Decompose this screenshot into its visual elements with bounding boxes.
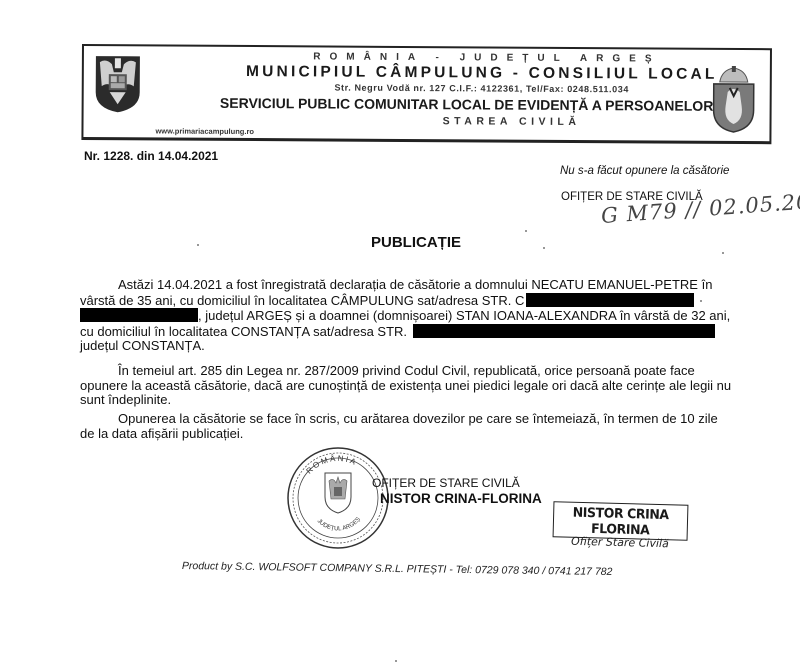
paragraph-line: Astăzi 14.04.2021 a fost înregistrată de… bbox=[80, 278, 780, 293]
paragraph-line: sunt îndeplinite. bbox=[80, 393, 780, 408]
redaction-box bbox=[80, 308, 198, 322]
legal-basis-paragraph: În temeiul art. 285 din Legea nr. 287/20… bbox=[80, 364, 780, 408]
paragraph-line: cu domiciliul în localitatea CONSTANȚA s… bbox=[80, 324, 780, 340]
paragraph-text: , județul ARGEȘ și a doamnei (domnișoare… bbox=[198, 308, 730, 323]
paragraph-line: În temeiul art. 285 din Legea nr. 287/20… bbox=[80, 364, 780, 379]
footer-credit: Product by S.C. WOLFSOFT COMPANY S.R.L. … bbox=[182, 560, 613, 578]
header-section: STAREA CIVILĂ bbox=[169, 114, 800, 130]
letterhead: ROMÂNIA - JUDEȚUL ARGEȘ MUNICIPIUL CÂMPU… bbox=[81, 44, 772, 144]
stamp-bottom-text: JUDEȚUL ARGEȘ bbox=[316, 517, 362, 533]
svg-text:ROMÂNIA: ROMÂNIA bbox=[304, 454, 359, 476]
paragraph-line: vârstă de 35 ani, cu domiciliul în local… bbox=[80, 293, 780, 309]
scan-speck bbox=[543, 247, 545, 249]
scan-speck bbox=[722, 252, 724, 254]
header-website: www.primariacampulung.ro bbox=[155, 126, 254, 136]
official-round-stamp: ROMÂNIA JUDEȚUL ARGEȘ bbox=[285, 445, 391, 551]
stamp-outer-text: ROMÂNIA bbox=[304, 454, 359, 476]
signature-officer-name: NISTOR CRINA-FLORINA bbox=[380, 491, 542, 506]
declaration-paragraph: Astăzi 14.04.2021 a fost înregistrată de… bbox=[80, 278, 780, 354]
no-opposition-note: Nu s-a făcut opunere la căsătorie bbox=[560, 165, 729, 177]
paragraph-line: , județul ARGEȘ și a doamnei (domnișoare… bbox=[80, 308, 780, 324]
scan-speck bbox=[525, 230, 527, 232]
scan-speck bbox=[197, 244, 199, 246]
scan-speck bbox=[700, 300, 702, 302]
campulung-coat-of-arms-icon bbox=[709, 66, 757, 134]
paragraph-text: cu domiciliul în localitatea CONSTANȚA s… bbox=[80, 324, 407, 339]
paragraph-line: de la data afișării publicației. bbox=[80, 427, 780, 442]
name-stamp: NISTOR CRINA FLORINA Ofițer Stare Civilă bbox=[553, 501, 689, 541]
opposition-procedure-paragraph: Opunerea la căsătorie se face în scris, … bbox=[80, 412, 780, 441]
redaction-box bbox=[526, 293, 694, 307]
svg-text:JUDEȚUL ARGEȘ: JUDEȚUL ARGEȘ bbox=[316, 517, 362, 533]
header-service: SERVICIUL PUBLIC COMUNITAR LOCAL DE EVID… bbox=[124, 94, 800, 114]
document-title: PUBLICAȚIE bbox=[371, 234, 461, 251]
document-number: Nr. 1228. din 14.04.2021 bbox=[84, 149, 218, 163]
paragraph-line: Opunerea la căsătorie se face în scris, … bbox=[80, 412, 780, 427]
paragraph-line: județul CONSTANȚA. bbox=[80, 339, 780, 354]
name-stamp-name: NISTOR CRINA FLORINA bbox=[554, 504, 688, 539]
paragraph-text: vârstă de 35 ani, cu domiciliul în local… bbox=[80, 293, 524, 308]
paragraph-line: opunere la această căsătorie, dacă are c… bbox=[80, 379, 780, 394]
signature-officer-title: OFIȚER DE STARE CIVILĂ bbox=[372, 476, 520, 490]
scan-speck bbox=[395, 660, 397, 662]
redaction-box bbox=[413, 324, 715, 338]
